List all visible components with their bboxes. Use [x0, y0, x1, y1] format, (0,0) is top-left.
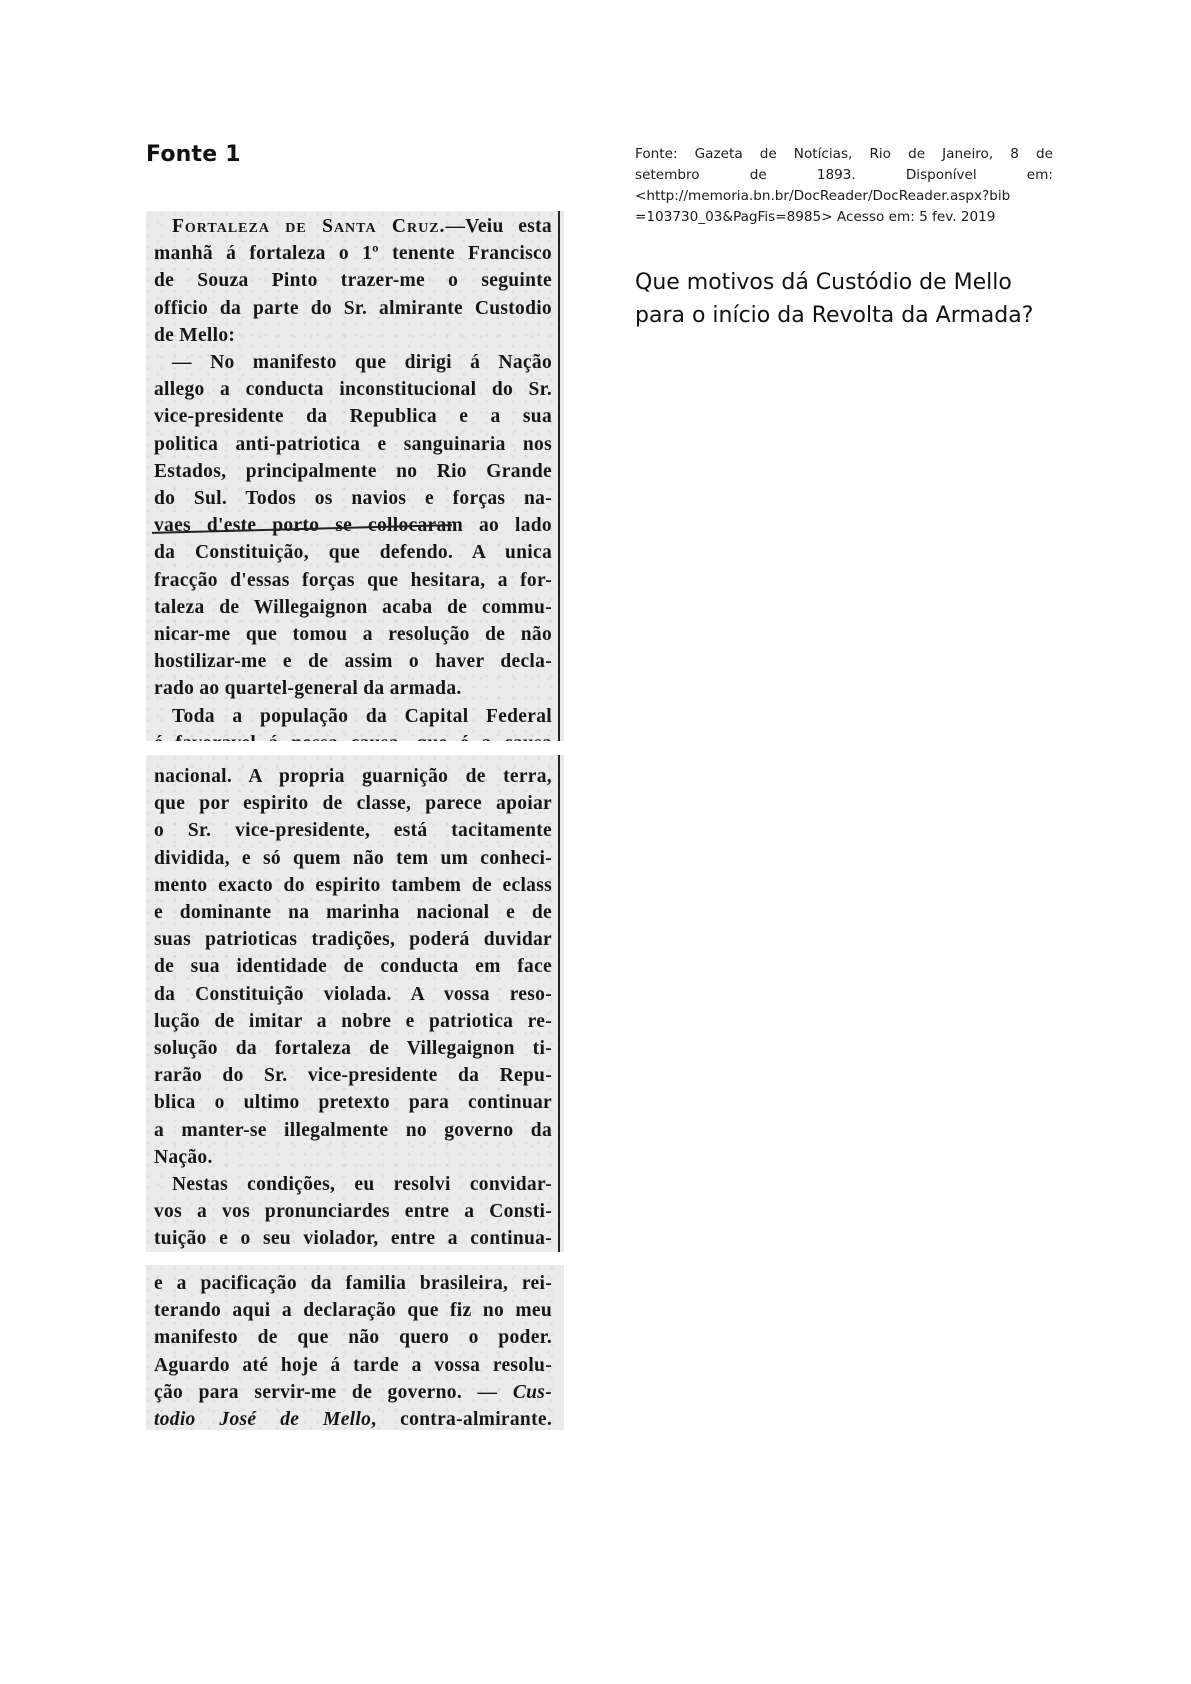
- clip-line: vice-presidente da Republica e a sua: [154, 403, 552, 430]
- clip-line: de sua identidade de conducta em face: [154, 953, 552, 980]
- clip-line: hostilizar-me e de assim o haver decla-: [154, 648, 552, 675]
- clip-line: dividida, e só quem não tem um conheci-: [154, 845, 552, 872]
- clip-line: allego a conducta inconstitucional do Sr…: [154, 376, 552, 403]
- clip-line: da Constituição violada. A vossa reso-: [154, 981, 552, 1008]
- question-line: para o início da Revolta da Armada?: [635, 299, 1075, 332]
- clip-line: de Mello:: [154, 322, 552, 349]
- caption-line-access: =103730_03&PagFis=8985> Acesso em: 5 fev…: [635, 207, 1053, 228]
- clip-line: lução de imitar a nobre e patriotica re-: [154, 1008, 552, 1035]
- clip-line: do Sul. Todos os navios e forças na-: [154, 485, 552, 512]
- clip-line: officio da parte do Sr. almirante Custod…: [154, 295, 552, 322]
- clip-line: nicar-me que tomou a resolução de não: [154, 621, 552, 648]
- clip-line: a manter-se illegalmente no governo da: [154, 1117, 552, 1144]
- clip-line: Estados, principalmente no Rio Grande: [154, 458, 552, 485]
- article-heading: Fortaleza de Santa Cruz.: [172, 216, 445, 237]
- clip-line: que por espirito de classe, parece apoia…: [154, 790, 552, 817]
- question-line: Que motivos dá Custódio de Mello: [635, 266, 1075, 299]
- clip-line: suas patrioticas tradições, poderá duvid…: [154, 926, 552, 953]
- newspaper-clipping-3: e a pacificação da familia brasileira, r…: [146, 1265, 564, 1430]
- clip-line: blica o ultimo pretexto para continuar: [154, 1089, 552, 1116]
- clip-line: Nação.: [154, 1144, 552, 1171]
- clip-line: Aguardo até hoje á tarde a vossa resolu-: [154, 1352, 552, 1379]
- source-caption: Fonte: Gazeta de Notícias, Rio de Janeir…: [635, 144, 1053, 228]
- clip-line: ção para servir-me de governo. — Cus-: [154, 1379, 552, 1406]
- caption-line-url: <http://memoria.bn.br/DocReader/DocReade…: [635, 186, 1053, 207]
- clip-line: Nestas condições, eu resolvi convidar-: [154, 1171, 552, 1198]
- clip-line: solução da fortaleza de Villegaignon ti-: [154, 1035, 552, 1062]
- clip-line: e a pacificação da familia brasileira, r…: [154, 1270, 552, 1297]
- clip-line: Fortaleza de Santa Cruz.—Veiu esta: [154, 213, 552, 240]
- clip-line: todio José de Mello, contra-almirante.: [154, 1406, 552, 1430]
- clip-line: politica anti-patriotica e sanguinaria n…: [154, 431, 552, 458]
- clip-line: terando aqui a declaração que fiz no meu: [154, 1297, 552, 1324]
- clip-line: rado ao quartel-general da armada.: [154, 675, 552, 702]
- clip-line: e dominante na marinha nacional e de: [154, 899, 552, 926]
- clip-line: de Souza Pinto trazer-me o seguinte: [154, 267, 552, 294]
- clip-line: é favoravel á nossa causa, que é a causa: [154, 730, 552, 741]
- signature-prefix: Cus-: [513, 1382, 552, 1403]
- column-rule: [558, 755, 560, 1252]
- newspaper-clipping-2: nacional. A propria guarnição de terra, …: [146, 755, 564, 1252]
- column-rule: [558, 211, 560, 741]
- clip-line: — No manifesto que dirigi á Nação: [154, 349, 552, 376]
- question-text: Que motivos dá Custódio de Mello para o …: [635, 266, 1075, 332]
- clip-line: tuição e o seu violador, entre a continu…: [154, 1225, 552, 1252]
- signature-name: todio José de Mello: [154, 1409, 371, 1430]
- clip-line: vos a vos pronunciardes entre a Consti-: [154, 1198, 552, 1225]
- clip-line: manhã á fortaleza o 1º tenente Francisco: [154, 240, 552, 267]
- newspaper-clipping-1: Fortaleza de Santa Cruz.—Veiu esta manhã…: [146, 211, 564, 741]
- clip-line: rarão do Sr. vice-presidente da Repu-: [154, 1062, 552, 1089]
- clip-line: fracção d'essas forças que hesitara, a f…: [154, 567, 552, 594]
- clip-line: da Constituição, que defendo. A unica: [154, 539, 552, 566]
- clip-line: nacional. A propria guarnição de terra,: [154, 763, 552, 790]
- clip-line: Toda a população da Capital Federal: [154, 703, 552, 730]
- clip-line: manifesto de que não quero o poder.: [154, 1324, 552, 1351]
- clip-line: mento exacto do espirito tambem de eclas…: [154, 872, 552, 899]
- clip-line: taleza de Willegaignon acaba de commu-: [154, 594, 552, 621]
- page-title: Fonte 1: [146, 142, 241, 167]
- caption-line: Fonte: Gazeta de Notícias, Rio de Janeir…: [635, 144, 1053, 165]
- caption-line: setembro de 1893. Disponível em:: [635, 165, 1053, 186]
- clip-line: o Sr. vice-presidente, está tacitamente: [154, 817, 552, 844]
